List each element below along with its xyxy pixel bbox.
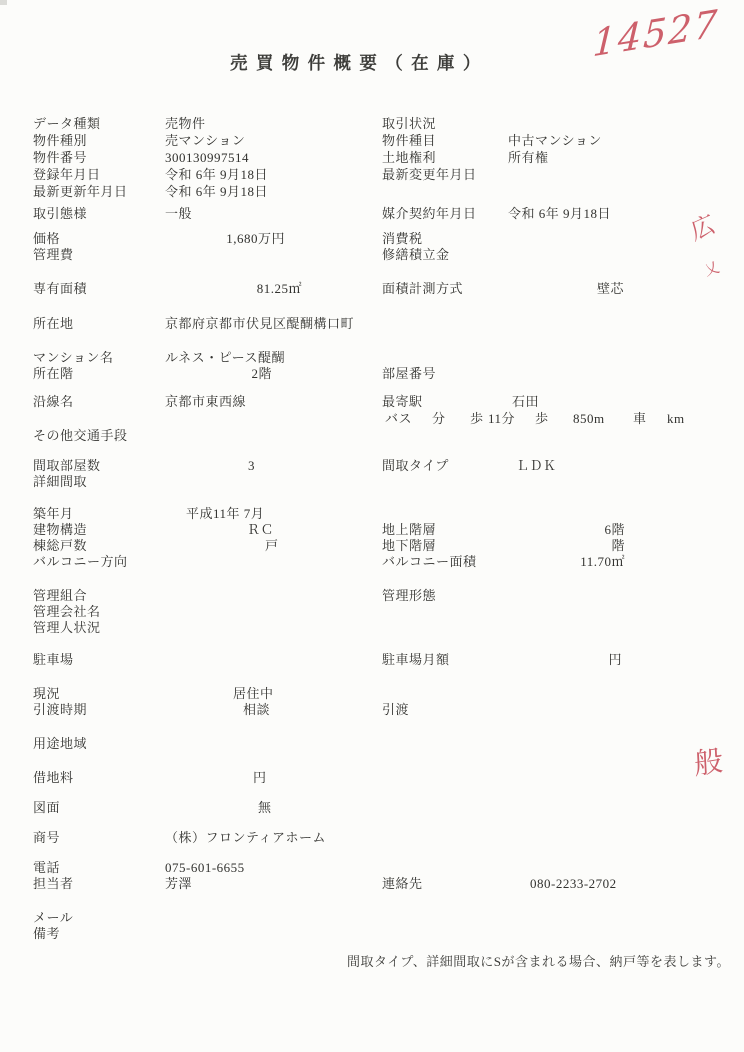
field-price-label: 価格 xyxy=(33,231,60,246)
field-current-status-label: 現況 xyxy=(33,686,60,701)
field-contact-label: 連絡先 xyxy=(382,876,423,891)
field-price-value: 1,680万円 xyxy=(165,231,285,246)
access-walk1-value: 11分 xyxy=(488,411,515,426)
field-area-method-label: 面積計測方式 xyxy=(382,281,463,296)
field-location-value: 京都府京都市伏見区醍醐構口町 xyxy=(165,316,354,331)
field-exclusive-area-value: 81.25㎡ xyxy=(165,281,302,296)
field-consumption-tax-label: 消費税 xyxy=(382,231,423,246)
field-property-number-label: 物件番号 xyxy=(33,150,87,165)
field-staff-value: 芳澤 xyxy=(165,876,192,891)
field-line-name-value: 京都市東西線 xyxy=(165,394,246,409)
field-brokerage-date-label: 媒介契約年月日 xyxy=(382,206,477,221)
field-layout-rooms-label: 間取部屋数 xyxy=(33,458,101,473)
field-company-value: （株）フロンティアホーム xyxy=(165,830,326,845)
field-line-name-label: 沿線名 xyxy=(33,394,74,409)
access-car-label: 車 xyxy=(633,411,647,426)
field-drawing-value: 無 xyxy=(258,800,272,815)
field-other-transport-label: その他交通手段 xyxy=(33,428,128,443)
field-transaction-type-label: 取引態様 xyxy=(33,206,87,221)
field-management-fee-label: 管理費 xyxy=(33,247,74,262)
field-contact-value: 080-2233-2702 xyxy=(530,876,617,891)
field-drawing-label: 図面 xyxy=(33,800,60,815)
field-registration-date-value: 令和 6年 9月18日 xyxy=(165,167,268,182)
field-balcony-area-value: 11.70㎡ xyxy=(520,554,625,569)
field-zoning-label: 用途地域 xyxy=(33,736,87,751)
field-phone-value: 075-601-6655 xyxy=(165,860,245,875)
field-property-category-value: 売マンション xyxy=(165,133,245,148)
field-property-number-value: 300130997514 xyxy=(165,150,249,165)
handwritten-number: 14527 xyxy=(592,2,720,66)
field-mgmt-form-label: 管理形態 xyxy=(382,588,436,603)
field-mansion-name-value: ルネス・ピース醍醐 xyxy=(165,350,285,365)
field-floors-below-value: 階 xyxy=(520,538,625,553)
field-layout-rooms-value: 3 xyxy=(248,458,255,473)
handwritten-note-x: 乂 xyxy=(701,256,722,281)
field-current-status-value: 居住中 xyxy=(233,686,274,701)
access-bus-unit: 分 xyxy=(432,411,446,426)
field-nearest-station-label: 最寄駅 xyxy=(382,394,423,409)
field-floor-located-value: 2階 xyxy=(165,366,272,381)
field-data-type-label: データ種類 xyxy=(33,116,101,131)
field-transaction-status-label: 取引状況 xyxy=(382,116,436,131)
field-parking-label: 駐車場 xyxy=(33,652,74,667)
field-transaction-type-value: 一般 xyxy=(165,206,192,221)
access-walk2-label: 歩 xyxy=(535,411,549,426)
field-remarks-label: 備考 xyxy=(33,926,60,941)
field-parking-monthly-value: 円 xyxy=(520,652,622,667)
field-floors-below-label: 地下階層 xyxy=(382,538,436,553)
field-exclusive-area-label: 専有面積 xyxy=(33,281,87,296)
field-layout-detail-label: 詳細間取 xyxy=(33,474,87,489)
handwritten-note-bottom: 般 xyxy=(693,738,724,784)
field-data-type-value: 売物件 xyxy=(165,116,206,131)
access-bus-label: バス xyxy=(385,411,412,426)
field-total-units-label: 棟総戸数 xyxy=(33,538,87,553)
field-land-rent-value: 円 xyxy=(253,770,267,785)
field-last-update-label: 最新更新年月日 xyxy=(33,184,128,199)
field-floor-located-label: 所在階 xyxy=(33,366,74,381)
field-floors-above-label: 地上階層 xyxy=(382,522,436,537)
field-property-category-label: 物件種別 xyxy=(33,133,87,148)
field-phone-label: 電話 xyxy=(33,860,60,875)
field-manager-status-label: 管理人状況 xyxy=(33,620,101,635)
access-walk1-label: 歩 xyxy=(470,411,484,426)
field-registration-date-label: 登録年月日 xyxy=(33,167,101,182)
field-structure-label: 建物構造 xyxy=(33,522,87,537)
field-nearest-station-value: 石田 xyxy=(512,394,539,409)
access-car-unit: km xyxy=(667,411,685,426)
field-last-change-label: 最新変更年月日 xyxy=(382,167,477,182)
field-land-rights-value: 所有権 xyxy=(508,150,549,165)
field-built-date-value: 平成11年 7月 xyxy=(186,506,264,521)
field-floors-above-value: 6階 xyxy=(520,522,625,537)
field-area-method-value: 壁芯 xyxy=(597,281,624,296)
field-layout-type-value: ＬＤＫ xyxy=(516,458,557,473)
field-mansion-name-label: マンション名 xyxy=(33,350,113,365)
field-repair-reserve-label: 修繕積立金 xyxy=(382,247,450,262)
field-land-rent-label: 借地料 xyxy=(33,770,74,785)
field-mgmt-association-label: 管理組合 xyxy=(33,588,87,603)
field-balcony-direction-label: バルコニー方向 xyxy=(33,554,128,569)
field-staff-label: 担当者 xyxy=(33,876,74,891)
field-room-number-label: 部屋番号 xyxy=(382,366,436,381)
scanned-document: 14527 広 乂 般 売 買 物 件 概 要 （ 在 庫 ） データ種類 売物… xyxy=(0,0,744,1052)
field-brokerage-date-value: 令和 6年 9月18日 xyxy=(508,206,611,221)
field-total-units-value: 戸 xyxy=(265,538,279,553)
field-handover-time-value: 相談 xyxy=(243,702,270,717)
field-handover-label: 引渡 xyxy=(382,702,409,717)
field-balcony-area-label: バルコニー面積 xyxy=(382,554,477,569)
handwritten-note-top: 広 xyxy=(686,204,718,248)
field-email-label: メール xyxy=(33,910,73,925)
field-land-rights-label: 土地権利 xyxy=(382,150,436,165)
field-location-label: 所在地 xyxy=(33,316,74,331)
field-layout-type-label: 間取タイプ xyxy=(382,458,449,473)
field-built-date-label: 築年月 xyxy=(33,506,74,521)
field-last-update-value: 令和 6年 9月18日 xyxy=(165,184,268,199)
field-handover-time-label: 引渡時期 xyxy=(33,702,87,717)
scan-artifact xyxy=(0,0,7,5)
field-company-label: 商号 xyxy=(33,830,60,845)
access-walk2-value: 850m xyxy=(573,411,605,426)
field-parking-monthly-label: 駐車場月額 xyxy=(382,652,450,667)
footnote: 間取タイプ、詳細間取にSが含まれる場合、納戸等を表します。 xyxy=(347,954,730,969)
page-title: 売 買 物 件 概 要 （ 在 庫 ） xyxy=(230,56,482,71)
field-property-type-value: 中古マンション xyxy=(508,133,602,148)
field-mgmt-company-label: 管理会社名 xyxy=(33,604,101,619)
field-property-type-label: 物件種目 xyxy=(382,133,436,148)
field-structure-value: ＲＣ xyxy=(247,522,274,537)
